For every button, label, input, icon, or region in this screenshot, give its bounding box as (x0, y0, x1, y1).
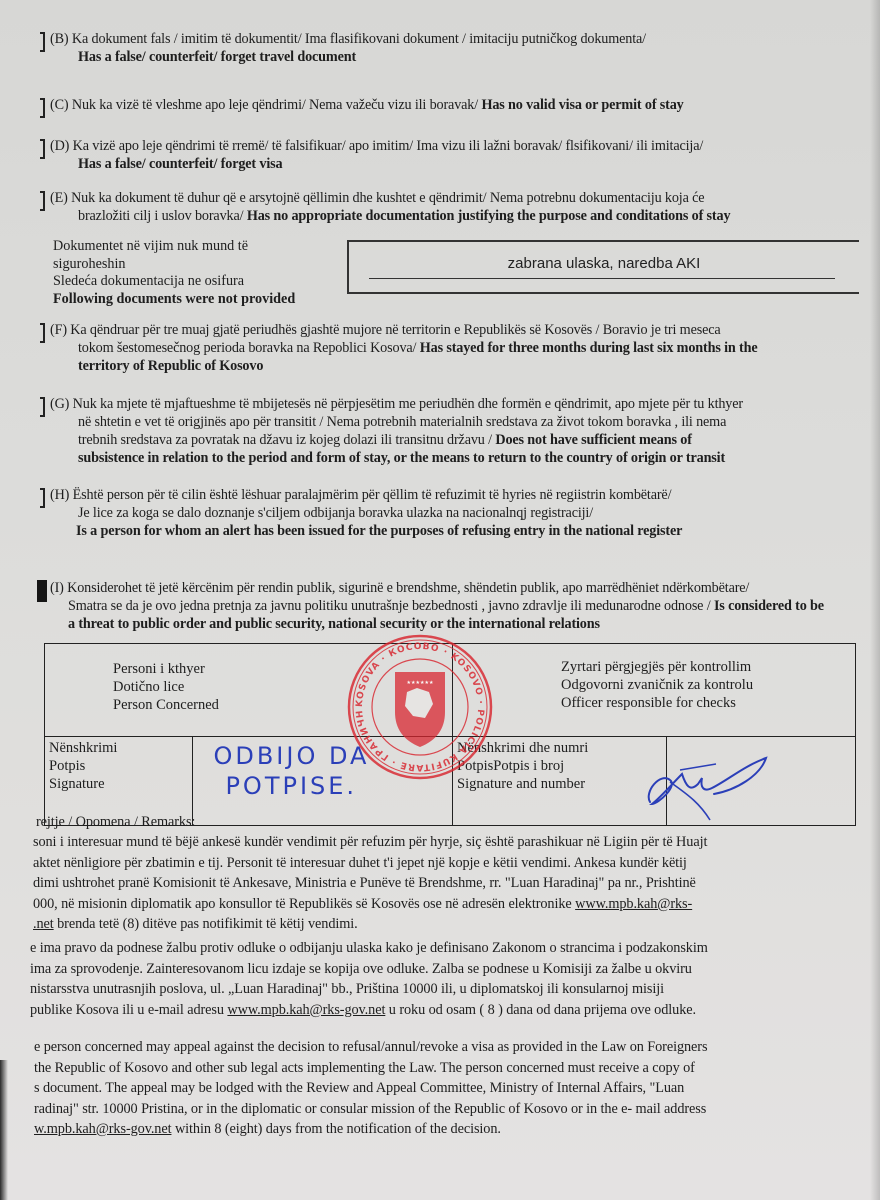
border-police-stamp-icon: KOSOVA · КОСОВО · KOSOVO · POLICIA KUFIT… (345, 632, 495, 782)
reason-b: (B) Ka dokument fals / imitim të dokumen… (40, 30, 646, 66)
docs-label-sr: Sledeća dokumentacija ne osifura (53, 273, 295, 291)
checkbox-i-checked[interactable] (37, 580, 47, 602)
reason-g-english-2: subsistence in relation to the period an… (78, 449, 743, 467)
reason-i: (I) Konsiderohet të jetë kërcënim për re… (40, 579, 824, 633)
checkbox-b[interactable] (40, 32, 45, 52)
reason-e: (E) Nuk ka dokument të duhur që e arsyto… (40, 189, 730, 225)
reason-h-local-1: Është person për të cilin është lëshuar … (73, 487, 672, 503)
reason-b-label: (B) (50, 31, 68, 47)
reason-i-english-1: Is considered to be (714, 598, 824, 614)
reason-g-english-1: Does not have sufficient means of (495, 432, 691, 448)
reason-g-local-1: Nuk ka mjete të mjaftueshme të mbijetesë… (73, 396, 743, 412)
page-edge-shadow-left (0, 1060, 8, 1200)
reason-h-local-2: Je lice za koga se dalo doznanje s'cilje… (78, 504, 682, 522)
remarks-sr-line-5: u roku od osam ( 8 ) dana od dana prijem… (385, 1002, 696, 1018)
remarks-english: e person concerned may appeal against th… (34, 1037, 707, 1140)
reason-f-local-1: Ka qëndruar për tre muaj gjatë periudhës… (70, 322, 720, 338)
remarks-en-line-1: e person concerned may appeal against th… (34, 1037, 707, 1058)
remarks-sq-line-2: aktet nënligiore për zbatimin e tij. Per… (33, 853, 707, 874)
remarks-sq-line-1: soni i interesuar mund të bëjë ankesë ku… (33, 832, 707, 853)
remarks-sq-line-3: dimi ushtrohet pranë Komisionit të Ankes… (33, 873, 707, 894)
reason-d-local: Ka vizë apo leje qëndrimi të rremë/ të f… (73, 138, 703, 154)
documents-not-provided-field[interactable]: zabrana ulaska, naredba AKI (347, 240, 859, 294)
remarks-sq-line-5: brenda tetë (8) ditëve pas notifikimit t… (57, 916, 358, 932)
svg-text:★★★★★★: ★★★★★★ (407, 680, 434, 686)
email-link-en[interactable]: w.mpb.kah@rks-gov.net (34, 1121, 171, 1137)
reason-h-label: (H) (50, 487, 69, 503)
remarks-en-line-4: radinaj" str. 10000 Pristina, or in the … (34, 1099, 707, 1120)
reason-e-local-1: Nuk ka dokument të duhur që e arsytojnë … (71, 190, 704, 206)
remarks-sq-line-4: 000, në misionin diplomatik apo konsullo… (33, 896, 575, 912)
reason-g: (G) Nuk ka mjete të mjaftueshme të mbije… (40, 395, 743, 467)
checkbox-c[interactable] (40, 98, 45, 118)
remarks-en-line-2: the Republic of Kosovo and other sub leg… (34, 1058, 707, 1079)
remarks-serbian: e ima pravo da podnese žalbu protiv odlu… (30, 938, 708, 1020)
reason-e-label: (E) (50, 190, 68, 206)
remarks-sr-line-4: publike Kosova ili u e-mail adresu (30, 1002, 227, 1018)
officer-heading-sr: Odgovorni zvaničnik za kontrolu (561, 676, 851, 694)
reason-c-label: (C) (50, 97, 68, 113)
email-link-sr[interactable]: www.mpb.kah@rks-gov.net (227, 1002, 385, 1018)
checkbox-e[interactable] (40, 191, 45, 211)
reason-e-local-2: brazložiti cilj i uslov boravka/ (78, 208, 243, 224)
remarks-en-line-3: s document. The appeal may be lodged wit… (34, 1078, 707, 1099)
reason-i-label: (I) (50, 580, 64, 596)
person-sig-label-en: Signature (49, 775, 188, 793)
reason-f-local-2: tokom šestomesečnog perioda boravka na R… (78, 340, 416, 356)
field-underline (369, 278, 835, 279)
officer-heading-en: Officer responsible for checks (561, 694, 851, 712)
documents-not-provided-label: Dokumentet në vijim nuk mund të sigurohe… (53, 238, 295, 308)
person-sig-label-sq: Nënshkrimi (49, 739, 188, 757)
reason-f: (F) Ka qëndruar për tre muaj gjatë periu… (40, 321, 758, 375)
remarks-sr-line-2: ima za sprovodenje. Zainteresovanom licu… (30, 959, 708, 980)
reason-b-english: Has a false/ counterfeit/ forget travel … (78, 48, 646, 66)
reason-g-label: (G) (50, 396, 69, 412)
checkbox-g[interactable] (40, 397, 45, 417)
checkbox-h[interactable] (40, 488, 45, 508)
officer-heading: Zyrtari përgjegjës për kontrollim Odgovo… (453, 644, 856, 737)
officer-heading-sq: Zyrtari përgjegjës për kontrollim (561, 658, 851, 676)
documents-not-provided-value: zabrana ulaska, naredba AKI (349, 255, 859, 272)
reason-c-english: Has no valid visa or permit of stay (481, 97, 683, 113)
reason-e-english: Has no appropriate documentation justify… (247, 208, 731, 224)
reason-i-local-1: Konsiderohet të jetë kërcënim për rendin… (67, 580, 749, 596)
remarks-albanian: soni i interesuar mund të bëjë ankesë ku… (33, 832, 707, 935)
docs-label-sq-1: Dokumentet në vijim nuk mund të (53, 238, 295, 256)
docs-label-sq-2: siguroheshin (53, 256, 295, 274)
reason-c: (C) Nuk ka vizë të vleshme apo leje qënd… (40, 96, 684, 114)
email-link-sq-1[interactable]: www.mpb.kah@rks- (575, 896, 692, 912)
reason-b-local: Ka dokument fals / imitim të dokumentit/… (72, 31, 646, 47)
reason-i-english-2: a threat to public order and public secu… (68, 615, 824, 633)
page-edge-shadow (870, 0, 880, 1200)
person-sig-label-sr: Potpis (49, 757, 188, 775)
reason-g-local-3: trebnih sredstava za povratak na džavu i… (78, 432, 492, 448)
reason-f-english-2: territory of Republic of Kosovo (78, 357, 758, 375)
reason-i-local-2: Smatra se da je ovo jedna pretnja za jav… (68, 598, 711, 614)
docs-label-en: Following documents were not provided (53, 291, 295, 307)
email-link-sq-2[interactable]: .net (33, 916, 54, 932)
reason-h: (H) Është person për të cilin është lësh… (40, 486, 682, 540)
reason-c-local: Nuk ka vizë të vleshme apo leje qëndrimi… (72, 97, 478, 113)
reason-d-label: (D) (50, 138, 69, 154)
checkbox-f[interactable] (40, 323, 45, 343)
checkbox-d[interactable] (40, 139, 45, 159)
officer-signature-scribble (640, 752, 780, 822)
remarks-sr-line-3: nistarsstva unutrasnjih poslova, ul. „Lu… (30, 979, 708, 1000)
remarks-en-line-5: within 8 (eight) days from the notificat… (171, 1121, 500, 1137)
remarks-sr-line-1: e ima pravo da podnese žalbu protiv odlu… (30, 938, 708, 959)
remarks-heading: rejtje / Opomena / Remarks: (36, 812, 195, 833)
reason-d-english: Has a false/ counterfeit/ forget visa (78, 155, 703, 173)
reason-f-label: (F) (50, 322, 67, 338)
reason-g-local-2: në shtetin e vet të origjinës apo për tr… (78, 413, 743, 431)
reason-d: (D) Ka vizë apo leje qëndrimi të rremë/ … (40, 137, 703, 173)
reason-f-english-1: Has stayed for three months during last … (420, 340, 758, 356)
reason-h-english: Is a person for whom an alert has been i… (76, 522, 682, 540)
